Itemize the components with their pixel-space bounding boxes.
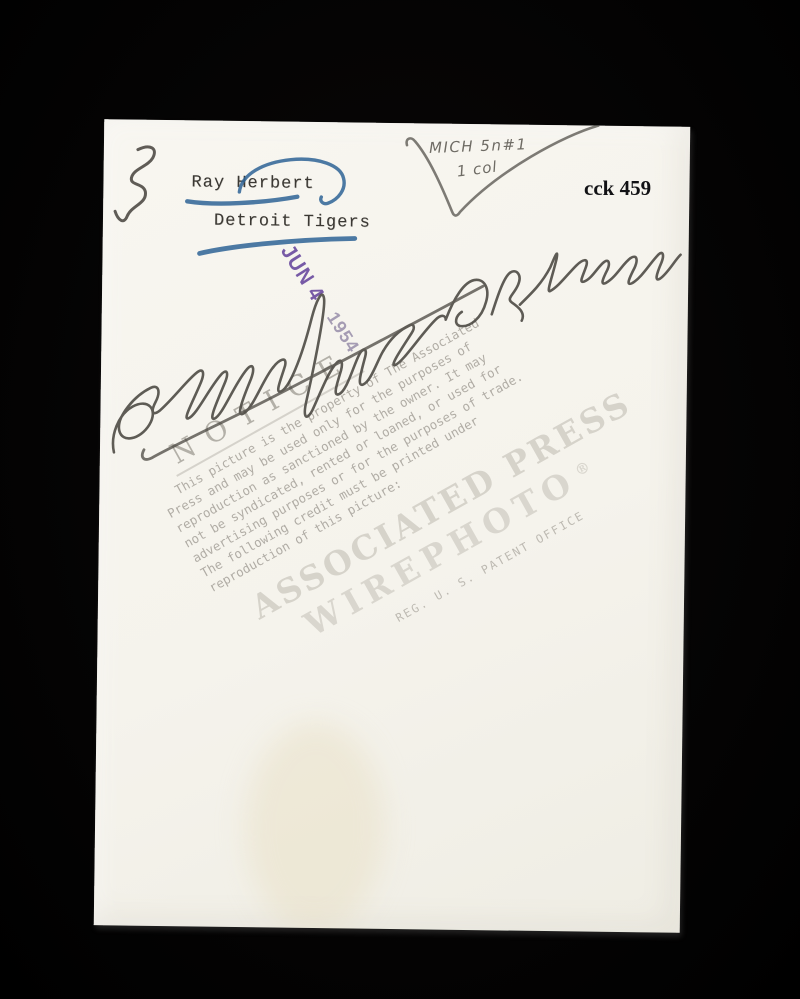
- catalog-number-label: cck 459: [584, 176, 651, 201]
- pencil-signature-scribble: [272, 294, 384, 418]
- pencil-margin-scribble: [115, 147, 154, 222]
- pencil-signature-scribble: [520, 251, 681, 307]
- pencil-marks: [112, 119, 682, 466]
- blue-ink-underline-1: [187, 195, 297, 204]
- handwritten-ink-marks-overlay: [94, 119, 691, 933]
- pencil-checkmark: [406, 123, 599, 217]
- blue-ink-underline-2: [200, 236, 355, 255]
- blue-ink-annotations: [187, 158, 356, 256]
- photo-back-card: Ray Herbert Detroit Tigers MICH 5n#1 1 c…: [94, 119, 691, 933]
- pencil-signature-scribble: [492, 271, 524, 321]
